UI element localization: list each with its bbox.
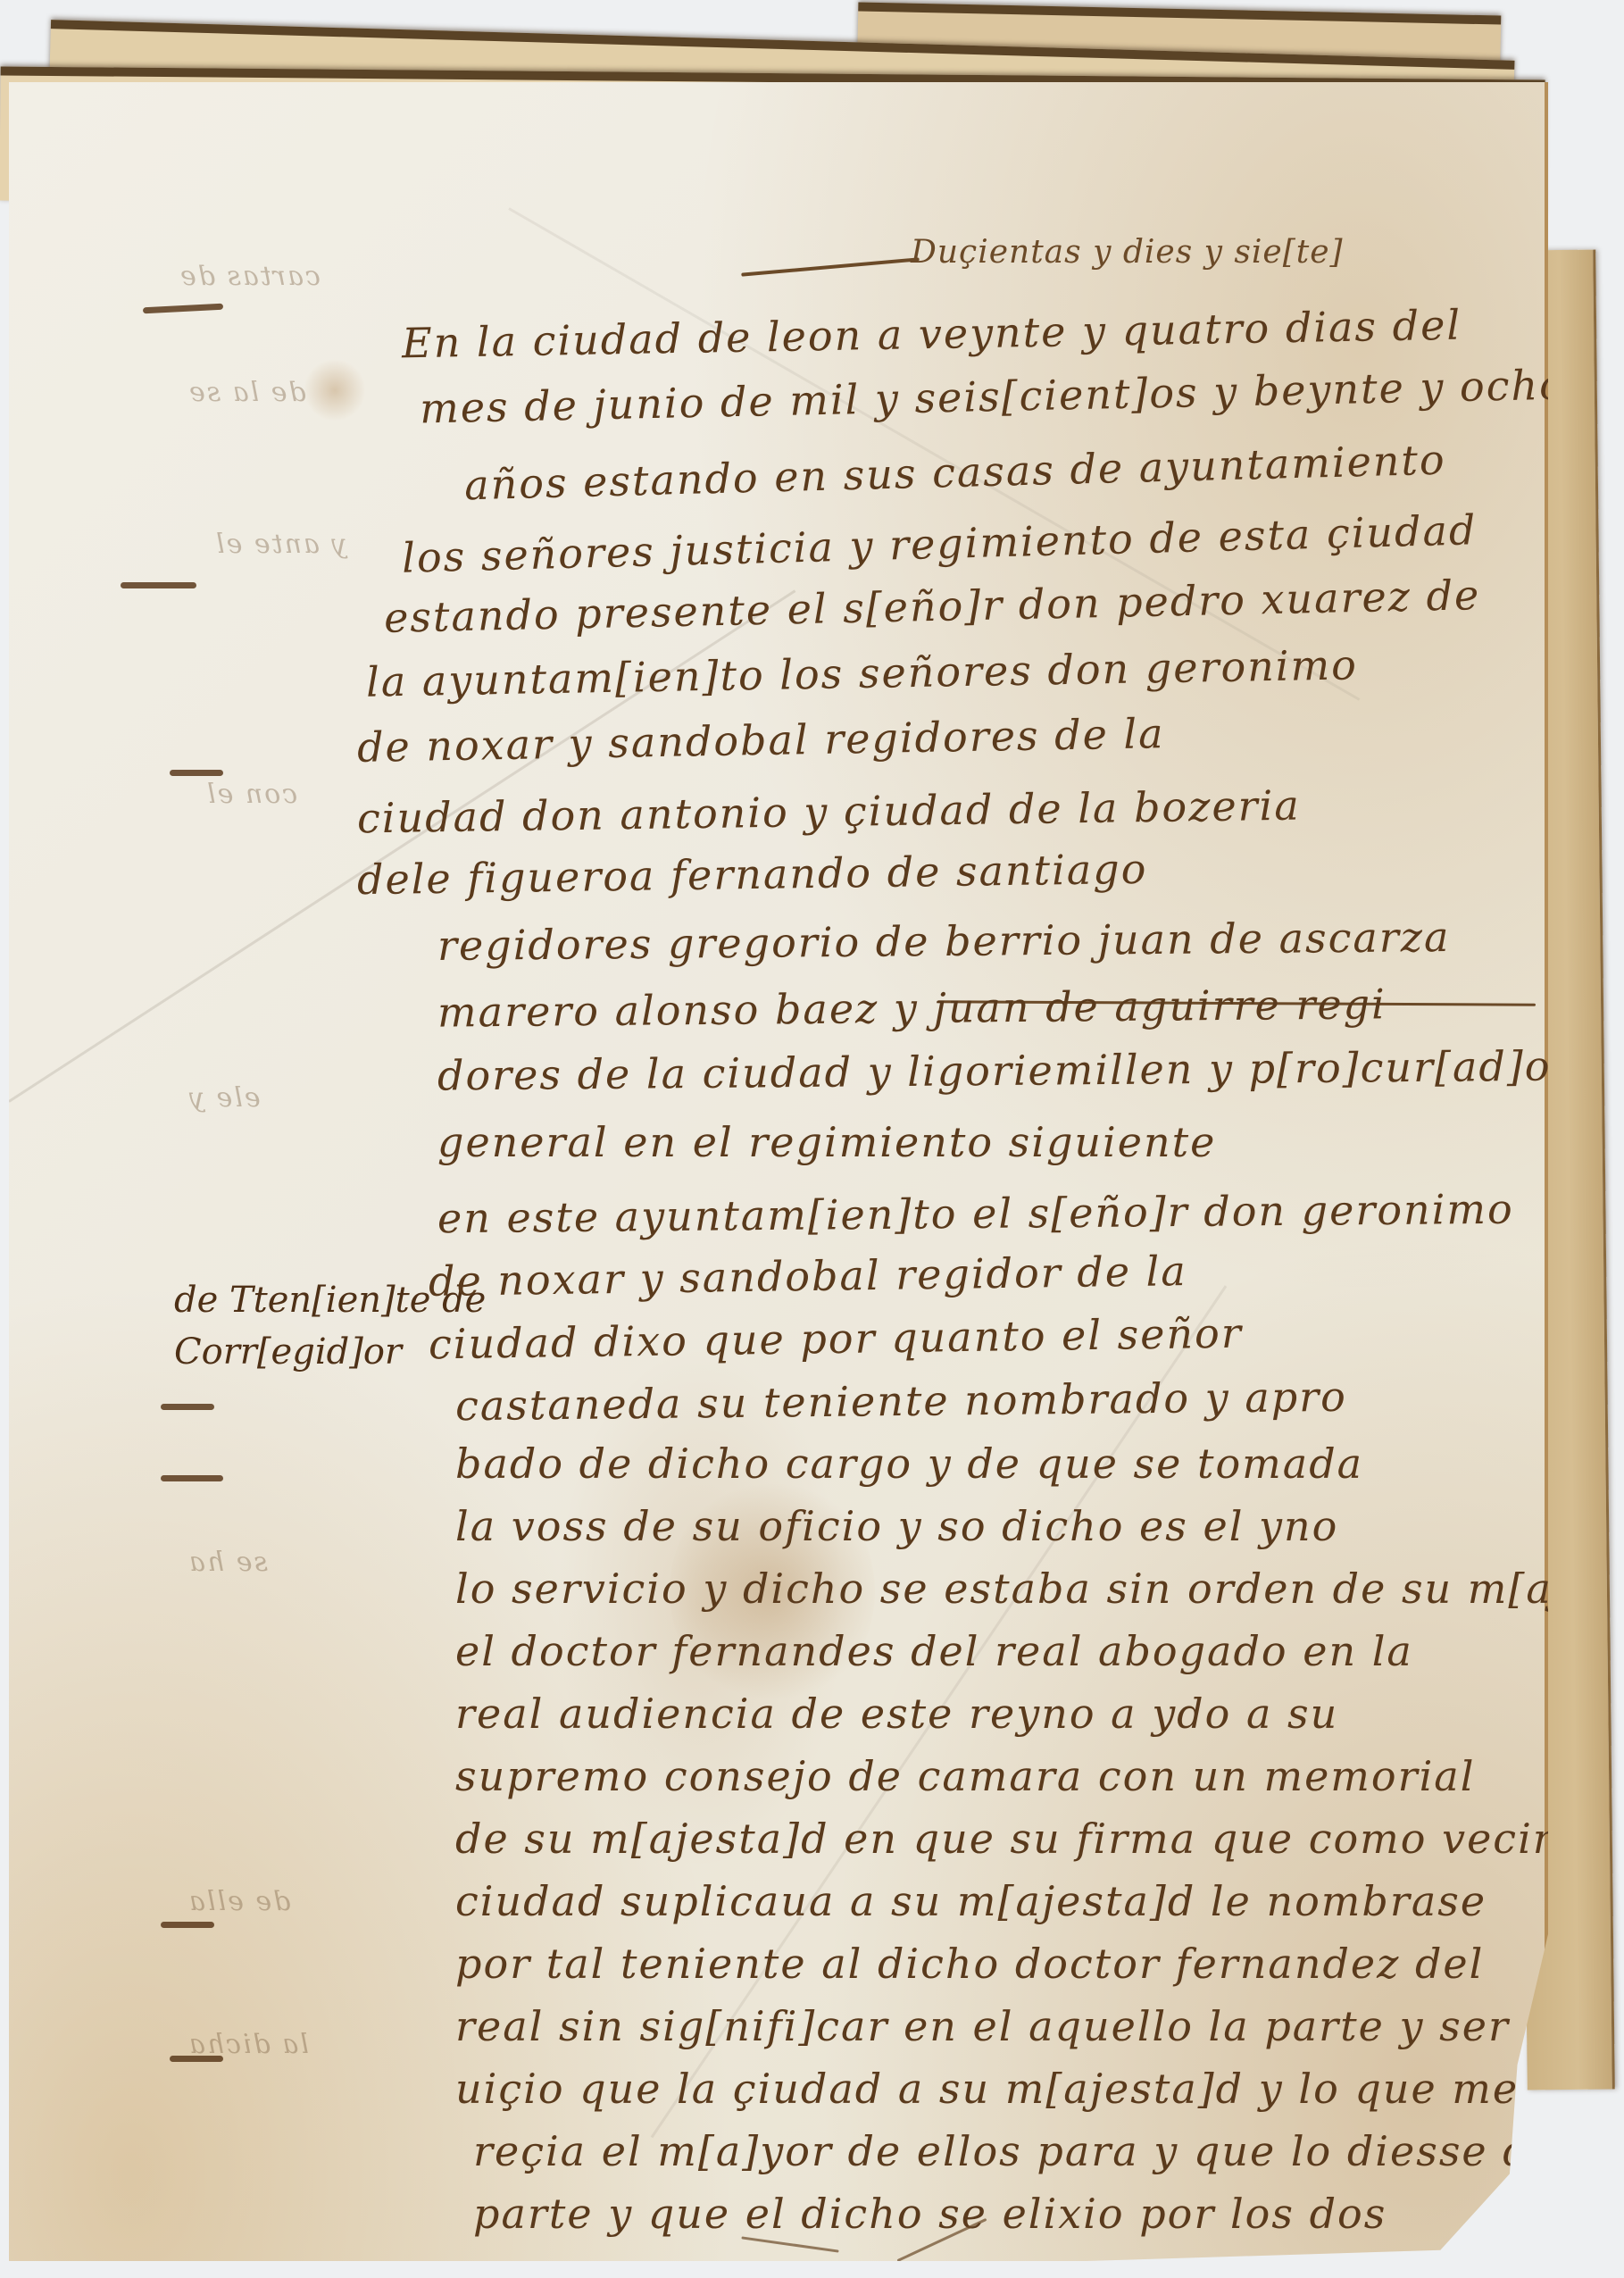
margin-dash — [161, 1404, 214, 1410]
text-line: la voss de su oficio y so dicho es el yn… — [455, 1502, 1338, 1550]
text-line: estando presente el s[eño]r don pedro xu… — [384, 571, 1481, 642]
ink-stain — [304, 359, 366, 421]
foliation-flourish — [741, 257, 920, 276]
text-line: bado de dicho cargo y de que se tomada — [455, 1439, 1363, 1488]
bleed-through-text: con el — [205, 779, 297, 810]
text-line: supremo consejo de camara con un memoria… — [455, 1752, 1475, 1800]
margin-dash — [121, 582, 196, 588]
text-line: ciudad suplicaua a su m[ajesta]d le nomb… — [455, 1877, 1487, 1925]
text-line: En la ciudad de leon a veynte y quatro d… — [402, 301, 1462, 368]
text-line: años estando en sus casas de ayuntamient… — [463, 436, 1446, 510]
text-line: ciudad dixo que por quanto el señor — [429, 1309, 1243, 1369]
text-line: en este ayuntam[ien]to el s[eño]r don ge… — [437, 1185, 1514, 1243]
text-line: castaneda su teniente nombrado y apro — [455, 1373, 1347, 1430]
text-line: reçia el m[a]yor de ellos para y que lo … — [473, 2127, 1623, 2175]
bleed-through-text: cartas de — [179, 261, 321, 292]
margin-dash — [161, 1922, 214, 1928]
text-line: real sin sig[nifi]car en el aquello la p… — [455, 2002, 1510, 2050]
closing-flourish — [741, 2236, 838, 2252]
text-line: de su m[ajesta]d en que su firma que com… — [455, 1815, 1624, 1863]
margin-dash — [170, 770, 223, 776]
bleed-through-text: se ha — [187, 1547, 268, 1578]
bleed-through-text: de ella — [187, 1886, 290, 1917]
closing-flourish — [741, 2263, 838, 2278]
text-line: marero alonso baez y juan de aguirre reg… — [437, 980, 1387, 1036]
text-line: mes de junio de mil y seis[cient]os y be… — [420, 361, 1567, 433]
text-line: de noxar y sandobal regidores de la — [357, 709, 1165, 772]
text-line: general en el regimiento siguiente — [437, 1118, 1216, 1166]
bleed-through-text: de la se — [187, 377, 306, 408]
text-line: el doctor fernandes del real abogado en … — [455, 1627, 1413, 1675]
text-line: regidores gregorio de berrio juan de asc… — [437, 913, 1451, 970]
text-line: dele figueroa fernando de santiago — [357, 845, 1148, 904]
text-line: por tal teniente al dicho doctor fernand… — [455, 1940, 1484, 1988]
text-line: ciudad don antonio y çiudad de la bozeri… — [357, 781, 1301, 843]
bleed-through-text: ele y — [187, 1082, 261, 1114]
foliation-number: Duçientas y dies y sie[te] — [911, 234, 1344, 271]
text-line: la ayuntam[ien]to los señores don geroni… — [366, 640, 1359, 705]
text-line: lo servicio y dicho se estaba sin orden … — [455, 1565, 1624, 1613]
text-line: real audiencia de este reyno a ydo a su — [455, 1690, 1338, 1738]
bleed-through-text: y ante el — [214, 529, 346, 560]
text-line: de noxar y sandobal regidor de la — [429, 1247, 1187, 1306]
text-line: parte y que el dicho se elixio por los d… — [473, 2190, 1387, 2238]
text-line: uiçio que la çiudad a su m[ajesta]d y lo… — [455, 2065, 1519, 2113]
text-line: los señores justicia y regimiento de est… — [401, 505, 1477, 582]
margin-dash — [161, 1475, 223, 1481]
manuscript-page: cartas de de la se y ante el con el ele … — [9, 82, 1548, 2261]
margin-dash — [143, 304, 223, 314]
margin-dash — [170, 2056, 223, 2062]
text-line: dores de la ciudad y ligoriemillen y p[r… — [437, 1041, 1573, 1099]
